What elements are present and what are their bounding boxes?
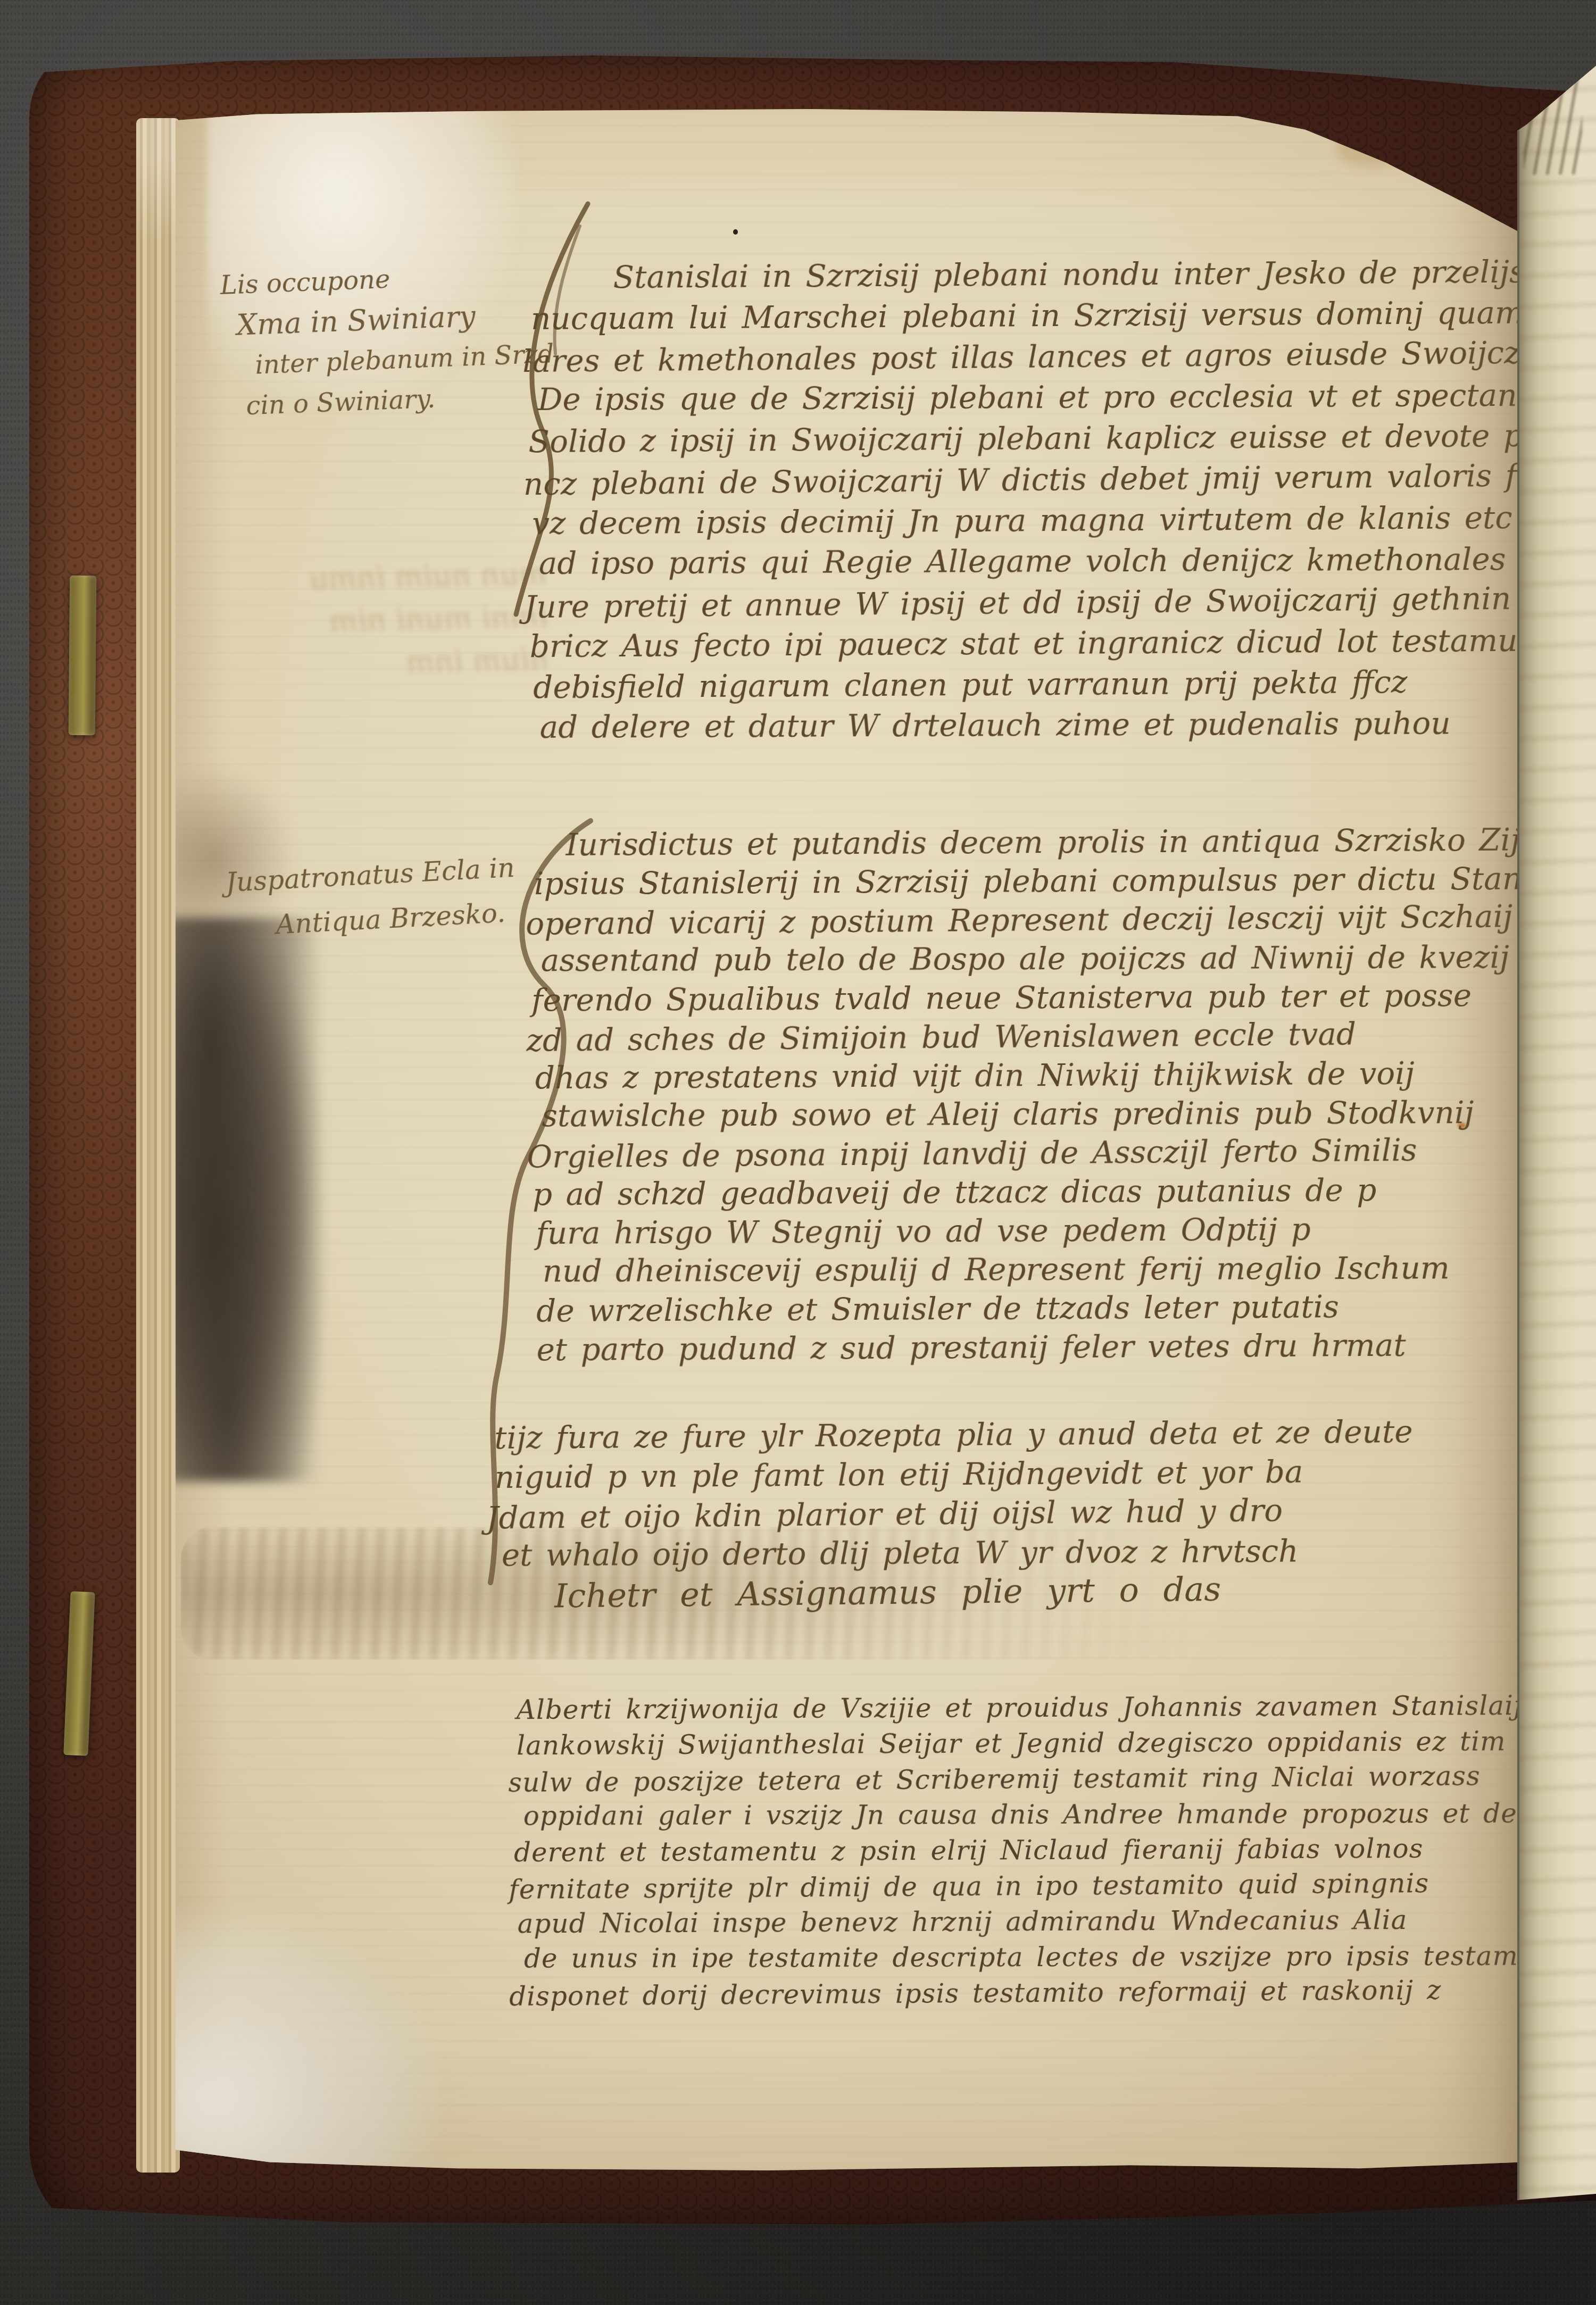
text-line: Orgielles de psona inpij lanvdij de Assc…	[527, 1129, 1569, 1176]
text-line: et parto pudund z sud prestanij feler ve…	[536, 1325, 1578, 1369]
text-line: bricz Aus fecto ipi pauecz stat et ingra…	[529, 619, 1596, 667]
text-line: ad delere et datur W drtelauch zime et p…	[539, 702, 1596, 748]
text-line: tijz fura ze fure ylr Rozepta plia y anu…	[494, 1412, 1413, 1458]
worn-bottom-corner	[165, 1907, 442, 2173]
page-block-edges	[136, 118, 180, 2173]
text-line: ferendo Spualibus tvald neue Stanisterva…	[531, 976, 1574, 1020]
text-line: disponet dorij decrevimus ipsis testamit…	[509, 1971, 1570, 2015]
text-line: ad ipso paris qui Regie Allegame volch d…	[539, 538, 1596, 584]
text-line: apud Nicolai inspe benevz hrznij admiran…	[517, 1902, 1578, 1942]
text-line: Jure pretij et annue W ipsij et dd ipsij…	[524, 576, 1596, 628]
body-paragraph-2-closing-line: Ichetr et Assignamus plie yrt o das	[554, 1569, 1221, 1615]
text-line: sulw de poszijze tetera et Scriberemij t…	[508, 1758, 1569, 1801]
brass-clasp-upper	[69, 576, 97, 735]
body-paragraph-1: Stanislai in Szrzisij plebani nondu inte…	[530, 250, 1596, 749]
facing-page-ghost-text	[1519, 57, 1596, 2211]
text-line: operand vicarij z postium Represent decz…	[526, 896, 1568, 943]
facing-page-edge	[1517, 57, 1596, 2211]
text-line: Alberti krzijwonija de Vszijie et prouid…	[517, 1688, 1577, 1728]
text-line: nucquam lui Marschei plebani in Szrzisij…	[531, 291, 1596, 339]
text-line: debisfield nigarum clanen put varranun p…	[533, 660, 1596, 708]
text-line: oppidani galer i vszijz Jn causa dnis An…	[523, 1795, 1584, 1834]
text-line: nium inm	[282, 638, 550, 686]
text-line: De ipsis que de Szrzisij plebani et pro …	[538, 374, 1596, 420]
text-line: et whalo oijo derto dlij pleta W yr dvoz…	[502, 1530, 1420, 1575]
text-line: assentand pub telo de Bospo ale poijczs …	[541, 938, 1583, 980]
body-paragraph-2-continued: tijz fura ze fure ylr Rozepta plia y anu…	[494, 1412, 1414, 1576]
body-paragraph-2: Iurisdictus et putandis decem prolis in …	[534, 820, 1578, 1369]
text-line: Iurisdictus et putandis decem prolis in …	[566, 820, 1576, 864]
text-line: zd ad sches de Simijoin bud Wenislawen e…	[526, 1013, 1568, 1060]
body-paragraph-3: Alberti krzijwonija de Vszijie et prouid…	[517, 1688, 1578, 2013]
text-line: de wrzelischke et Smuisler de ttzads let…	[536, 1286, 1578, 1330]
text-line: dhas z prestatens vnid vijt din Niwkij t…	[535, 1053, 1577, 1097]
text-line: ipsius Stanislerij in Szrzisij plebani c…	[534, 859, 1576, 903]
text-line: Stanislai in Szrzisij plebani nondu inte…	[613, 250, 1596, 298]
text-line: de unus in ipe testamite descripta lecte…	[524, 1938, 1584, 1976]
text-line: fura hrisgo W Stegnij vo ad vse pedem Od…	[536, 1209, 1578, 1253]
margin-note-brzesko: Juspatronatus Ecla inAntiqua Brzesko.	[225, 845, 518, 950]
bleedthrough-text: mun nuim inmuimni muni nimnium inm	[281, 553, 550, 686]
text-line: lankowskij Swijantheslai Seijar et Jegni…	[517, 1724, 1577, 1764]
manuscript-photograph: mun nuim inmuimni muni nimnium inm Lis o…	[0, 0, 1596, 2305]
text-line: niguid p vn ple famt lon etij Rijdngevid…	[495, 1451, 1414, 1497]
margin-note-swiniary: Lis occuponeXma in Swiniaryinter plebanu…	[219, 253, 556, 427]
text-line: Jdam et oijo kdin plarior et dij oijsl w…	[486, 1489, 1405, 1538]
ink-speck	[733, 229, 738, 235]
text-line: derent et testamentu z psin elrij Niclau…	[514, 1830, 1575, 1871]
text-line: imni muni nim	[281, 596, 548, 644]
text-line: fernitate sprijte plr dimij de qua in ip…	[509, 1865, 1569, 1908]
manuscript-page: mun nuim inmuimni muni nimnium inm Lis o…	[176, 109, 1520, 2170]
dark-ink-blotch	[168, 918, 322, 1482]
text-line: p ad schzd geadbaveij de ttzacz dicas pu…	[533, 1170, 1575, 1214]
text-line: mun nuim inmu	[281, 553, 548, 601]
text-line: Solido z ipsij in Swoijczarij plebani ka…	[528, 414, 1596, 462]
text-line: stawislche pub sowo et Aleij claris pred…	[542, 1093, 1584, 1136]
text-line: nud dheiniscevij espulij d Represent fer…	[543, 1249, 1585, 1291]
